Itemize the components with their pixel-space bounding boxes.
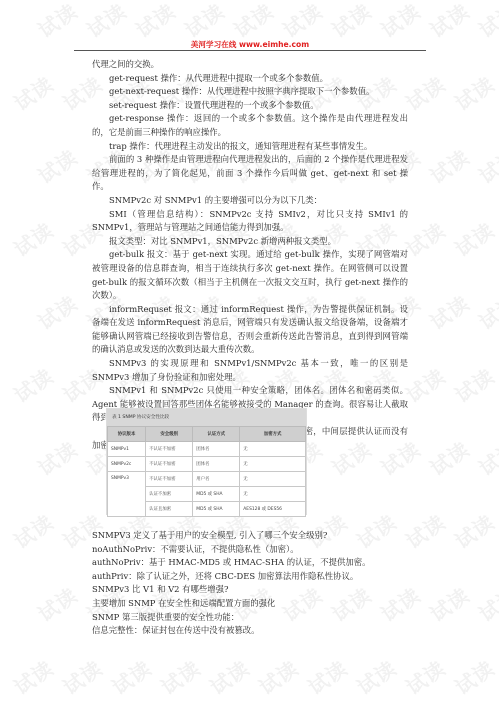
cell-level: 不认证不加密 xyxy=(146,442,193,457)
column-header: 认证方式 xyxy=(193,427,240,442)
cell-level: 认证且加密 xyxy=(146,502,193,517)
cell-level: 认证不加密 xyxy=(146,487,193,502)
paragraph: 代理之间的交换。 xyxy=(92,58,408,72)
paragraph: get-next-request 操作：从代理进程中按照字典序提取下一个参数值。 xyxy=(92,85,408,99)
paragraph: SNMPv3 的实现原理和 SNMPv1/SNMPv2c 基本一致，唯一的区别是… xyxy=(92,357,408,384)
text-line: authPriv：除了认证之外，还将 CBC-DES 加密算法用作隐私性协议。 xyxy=(92,570,408,584)
paragraph: 报文类型：对比 SNMPv1，SNMPv2c 新增两种报文类型。 xyxy=(92,235,408,249)
table-row: SNMPv2c 不认证不加密 团体名 无 xyxy=(108,457,306,472)
paragraph: set-request 操作：设置代理进程的一个或多个参数值。 xyxy=(92,99,408,113)
security-table: 协议版本 安全级别 认证方式 加密方式 SNMPv1 不认证不加密 团体名 无 … xyxy=(107,426,306,517)
security-comparison-figure: 表 1 SNMP 协议安全性比较 协议版本 安全级别 认证方式 加密方式 SNM… xyxy=(106,408,307,515)
cell-level: 不认证不加密 xyxy=(146,457,193,472)
cell-enc: 无 xyxy=(240,472,306,487)
qa-section: SNMPV3 定义了基于用户的安全模型, 引入了哪三个安全级别? noAuthN… xyxy=(92,529,408,638)
cell-version: SNMPv1 xyxy=(108,442,146,457)
cell-version: SNMPv2c xyxy=(108,457,146,472)
cell-auth: 团体名 xyxy=(193,457,240,472)
text-line: SNMP 第三版提供重要的安全性功能： xyxy=(92,611,408,625)
paragraph: 前面的 3 种操作是由管理进程向代理进程发出的，后面的 2 个操作是代理进程发给… xyxy=(92,153,408,194)
paragraph: SNMPv2c 对 SNMPv1 的主要增强可以分为以下几类： xyxy=(92,194,408,208)
cell-enc: 无 xyxy=(240,442,306,457)
text-line: 主要增加 SNMP 在安全性和远端配置方面的强化 xyxy=(92,597,408,611)
paragraph: get-request 操作：从代理进程中提取一个或多个参数值。 xyxy=(92,72,408,86)
cell-enc: 无 xyxy=(240,487,306,502)
cell-level: 不认证不加密 xyxy=(146,472,193,487)
table-row: SNMPv3 不认证不加密 用户名 无 xyxy=(108,472,306,487)
column-header: 加密方式 xyxy=(240,427,306,442)
text-line: noAuthNoPriv：不需要认证，不提供隐私性（加密）。 xyxy=(92,543,408,557)
column-header: 安全级别 xyxy=(146,427,193,442)
paragraph: get-bulk 报文：基于 get-next 实现。通过给 get-bulk … xyxy=(92,248,408,302)
paragraph: trap 操作：代理进程主动发出的报文，通知管理进程有某些事情发生。 xyxy=(92,140,408,154)
body-text: 代理之间的交换。 get-request 操作：从代理进程中提取一个或多个参数值… xyxy=(92,58,408,452)
cell-auth: 团体名 xyxy=(193,442,240,457)
cell-enc: 无 xyxy=(240,457,306,472)
table-row: SNMPv1 不认证不加密 团体名 无 xyxy=(108,442,306,457)
cell-auth: 用户名 xyxy=(193,472,240,487)
paragraph: SMI（管理信息结构）：SNMPv2c 支持 SMIv2，对比只支持 SMIv1… xyxy=(92,208,408,235)
text-line: authNoPriv：基于 HMAC-MD5 或 HMAC-SHA 的认证，不提… xyxy=(92,556,408,570)
cell-auth: MD5 或 SHA xyxy=(193,487,240,502)
document-page: 美河学习在线 www.eimhe.com 代理之间的交换。 get-reques… xyxy=(0,0,499,706)
cell-auth: MD5 或 SHA xyxy=(193,502,240,517)
column-header: 协议版本 xyxy=(108,427,146,442)
table-header-row: 协议版本 安全级别 认证方式 加密方式 xyxy=(108,427,306,442)
text-line: SNMPV3 定义了基于用户的安全模型, 引入了哪三个安全级别? xyxy=(92,529,408,543)
cell-enc: AES128 或 DES56 xyxy=(240,502,306,517)
figure-caption: 表 1 SNMP 协议安全性比较 xyxy=(107,409,306,426)
paragraph: informRequset 报文：通过 informRequest 操作，为告警… xyxy=(92,303,408,357)
paragraph: get-response 操作：返回的一个或多个参数值。这个操作是由代理进程发出… xyxy=(92,112,408,139)
text-line: 信息完整性：保证封包在传送中没有被篡改。 xyxy=(92,624,408,638)
header-divider xyxy=(74,50,426,51)
cell-version: SNMPv3 xyxy=(108,472,146,517)
text-line: SNMPv3 比 V1 和 V2 有哪些增强? xyxy=(92,583,408,597)
site-header: 美河学习在线 www.eimhe.com xyxy=(74,39,426,50)
